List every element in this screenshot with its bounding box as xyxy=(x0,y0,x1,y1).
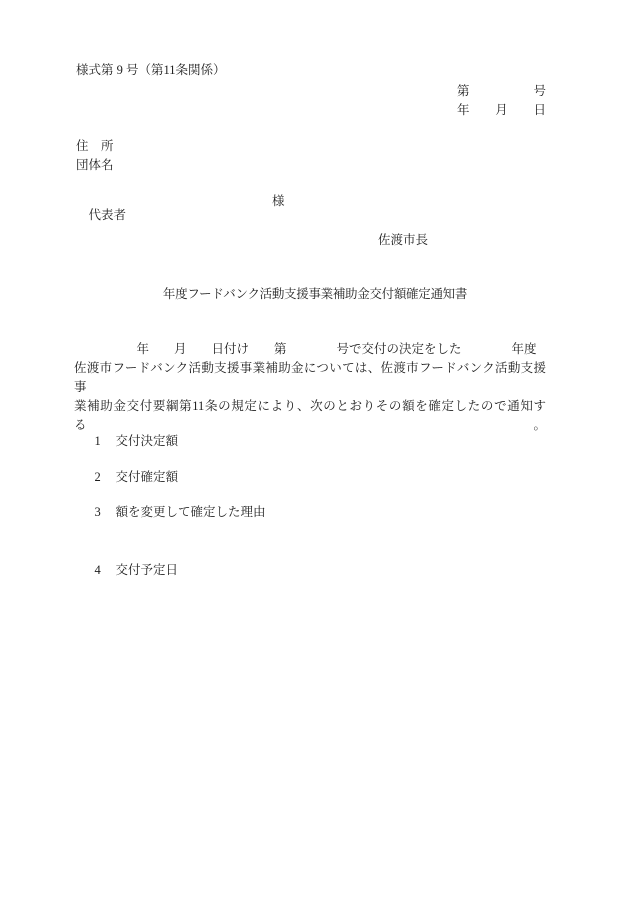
date-year-label: 年 xyxy=(457,103,470,117)
item-number: 3 xyxy=(95,505,116,519)
item-label: 交付確定額 xyxy=(116,470,179,484)
item-label: 額を変更して確定した理由 xyxy=(116,505,266,519)
list-item: 4交付予定日 xyxy=(82,549,178,591)
item-number: 4 xyxy=(95,563,116,577)
representative-label: 代表者 xyxy=(89,208,127,222)
item-label: 交付決定額 xyxy=(116,434,179,448)
form-number: 様式第 9 号（第11条関係） xyxy=(76,63,226,77)
date-day-label: 日 xyxy=(533,103,546,117)
doc-number-line: 第 号 xyxy=(457,84,546,98)
doc-number-prefix: 第 xyxy=(457,84,470,98)
body-line: 年 月 日付け 第 号で交付の決定をした 年度 xyxy=(74,340,546,359)
item-label: 交付予定日 xyxy=(116,563,179,577)
body-line: 佐渡市フードバンク活動支援事業補助金については、佐渡市フードバンク活動支援事 xyxy=(74,359,546,397)
representative-line: 代表者 様 xyxy=(76,194,126,250)
honorific-label: 様 xyxy=(272,194,285,208)
document-page: 様式第 9 号（第11条関係） 第 号 年 月 日 住 所 団体名 代表者 様 … xyxy=(0,0,630,903)
date-line: 年 月 日 xyxy=(457,103,546,117)
doc-number-suffix: 号 xyxy=(533,84,546,98)
address-label: 住 所 xyxy=(76,139,114,153)
document-title: 年度フードバンク活動支援事業補助金交付額確定通知書 xyxy=(0,287,630,301)
organization-name-label: 団体名 xyxy=(76,158,114,172)
sender-title: 佐渡市長 xyxy=(378,233,428,247)
date-month-label: 月 xyxy=(495,103,508,117)
item-number: 2 xyxy=(95,470,116,484)
item-number: 1 xyxy=(95,434,116,448)
list-item: 3額を変更して確定した理由 xyxy=(82,491,266,533)
